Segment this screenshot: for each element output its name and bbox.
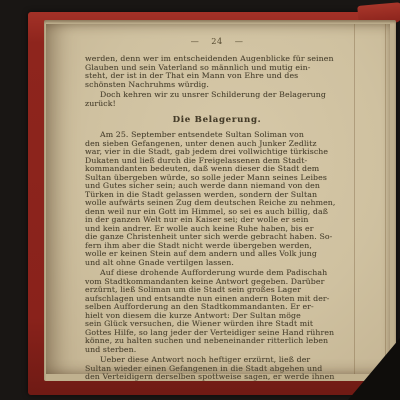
page-number: 24 [211, 36, 222, 46]
page-crease-line [354, 24, 355, 374]
paragraph: Ueber diese Antwort noch heftiger erzürn… [85, 356, 349, 382]
chapter-heading: Die Belagerung. [85, 115, 349, 125]
paragraph-continuation: werden, denn wer im entscheidenden Augen… [85, 55, 349, 89]
header-dash-right: — [235, 36, 244, 46]
book-photo: —24— werden, denn wer im entscheidenden … [0, 0, 400, 400]
paragraph: Am 25. September entsendete Sultan Solim… [85, 131, 349, 267]
paragraph: Doch kehren wir zu unsrer Schilderung de… [85, 91, 349, 108]
book-page: —24— werden, denn wer im entscheidenden … [46, 24, 390, 374]
header-dash-left: — [191, 36, 200, 46]
paragraph: Auf diese drohende Aufforderung wurde de… [85, 269, 349, 354]
text-column: —24— werden, denn wer im entscheidenden … [85, 36, 349, 384]
page-number-header: —24— [85, 36, 349, 46]
page-crease-line [385, 24, 386, 374]
